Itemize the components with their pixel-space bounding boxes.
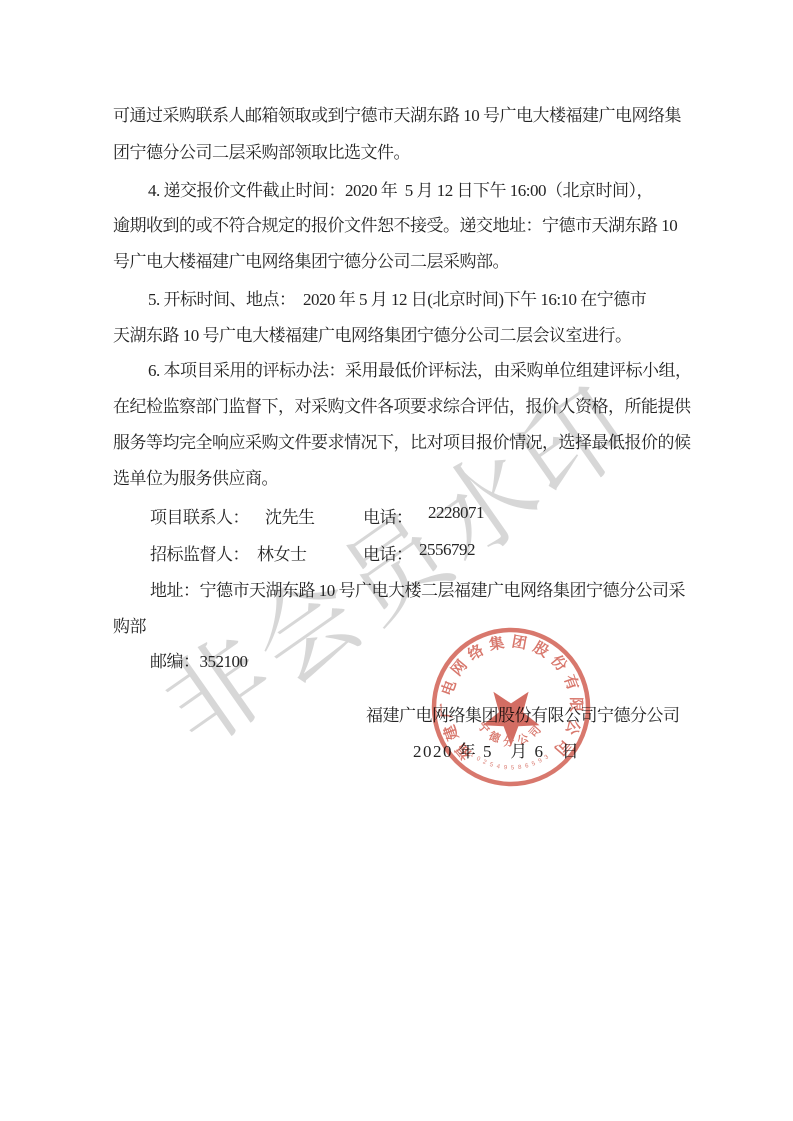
text-line: 可通过采购联系人邮箱领取或到宁德市天湖东路 10 号广电大楼福建广电网络集 — [0, 101, 793, 125]
text-segment: 5. 开标时间、地点： 2020 年 5 月 12 日(北京时间)下午 16:1… — [148, 285, 646, 310]
text-segment: 2228071 — [428, 503, 484, 523]
text-line: 地址：宁德市天湖东路 10 号广电大楼二层福建广电网络集团宁德分公司采 — [0, 576, 793, 600]
text-segment: 项目联系人： — [150, 503, 249, 528]
text-segment: 天湖东路 10 号广电大楼福建广电网络集团宁德分公司二层会议室进行。 — [113, 321, 632, 346]
text-segment: 服务等均完全响应采购文件要求情况下，比对项目报价情况，选择最低报价的候 — [113, 428, 691, 453]
text-line: 招标监督人：林女士电话：2556792 — [0, 540, 793, 564]
text-line: 逾期收到的或不符合规定的报价文件恕不接受。递交地址：宁德市天湖东路 10 — [0, 211, 793, 235]
text-line: 6. 本项目采用的评标办法：采用最低价评标法，由采购单位组建评标小组， — [0, 356, 793, 380]
text-line: 4. 递交报价文件截止时间：2020 年 5 月 12 日下午 16:00（北京… — [0, 176, 793, 200]
document-page: 非会员水印 可通过采购联系人邮箱领取或到宁德市天湖东路 10 号广电大楼福建广电… — [0, 0, 793, 1121]
text-line: 5. 开标时间、地点： 2020 年 5 月 12 日(北京时间)下午 16:1… — [0, 285, 793, 309]
text-line: 项目联系人：沈先生电话：2228071 — [0, 503, 793, 527]
text-segment: 邮编：352100 — [150, 647, 248, 672]
text-segment: 地址：宁德市天湖东路 10 号广电大楼二层福建广电网络集团宁德分公司采 — [150, 576, 685, 601]
text-line: 购部 — [0, 612, 793, 636]
company-seal: 福建广电网络集团股份有限公司 宁德分公司 102549586593 — [421, 617, 601, 797]
text-line: 邮编：352100 — [0, 647, 793, 671]
text-line: 在纪检监察部门监督下，对采购文件各项要求综合评估，报价人资格，所能提供 — [0, 392, 793, 416]
text-segment: 团宁德分公司二层采购部领取比选文件。 — [113, 138, 410, 163]
text-line: 服务等均完全响应采购文件要求情况下，比对项目报价情况，选择最低报价的候 — [0, 428, 793, 452]
text-segment: 4. 递交报价文件截止时间：2020 年 5 月 12 日下午 16:00（北京… — [148, 176, 653, 201]
text-segment: 林女士 — [257, 540, 307, 565]
text-line: 选单位为服务供应商。 — [0, 464, 793, 488]
text-line: 团宁德分公司二层采购部领取比选文件。 — [0, 138, 793, 162]
text-segment: 号广电大楼福建广电网络集团宁德分公司二层采购部。 — [113, 247, 509, 272]
text-segment: 电话： — [363, 540, 413, 565]
text-line: 天湖东路 10 号广电大楼福建广电网络集团宁德分公司二层会议室进行。 — [0, 321, 793, 345]
document-text: 可通过采购联系人邮箱领取或到宁德市天湖东路 10 号广电大楼福建广电网络集 团宁… — [0, 0, 793, 1121]
text-segment: 选单位为服务供应商。 — [113, 464, 278, 489]
text-line: 号广电大楼福建广电网络集团宁德分公司二层采购部。 — [0, 247, 793, 271]
text-segment: 6. 本项目采用的评标办法：采用最低价评标法，由采购单位组建评标小组， — [148, 356, 692, 381]
seal-code-text: 102549586593 — [469, 752, 553, 772]
text-segment: 招标监督人： — [150, 540, 249, 565]
text-segment: 购部 — [113, 612, 146, 637]
text-segment: 电话： — [363, 503, 413, 528]
text-segment: 可通过采购联系人邮箱领取或到宁德市天湖东路 10 号广电大楼福建广电网络集 — [113, 101, 681, 126]
text-segment: 2556792 — [419, 540, 475, 560]
text-segment: 沈先生 — [265, 503, 315, 528]
text-segment: 逾期收到的或不符合规定的报价文件恕不接受。递交地址：宁德市天湖东路 10 — [113, 211, 677, 236]
text-segment: 在纪检监察部门监督下，对采购文件各项要求综合评估，报价人资格，所能提供 — [113, 392, 691, 417]
